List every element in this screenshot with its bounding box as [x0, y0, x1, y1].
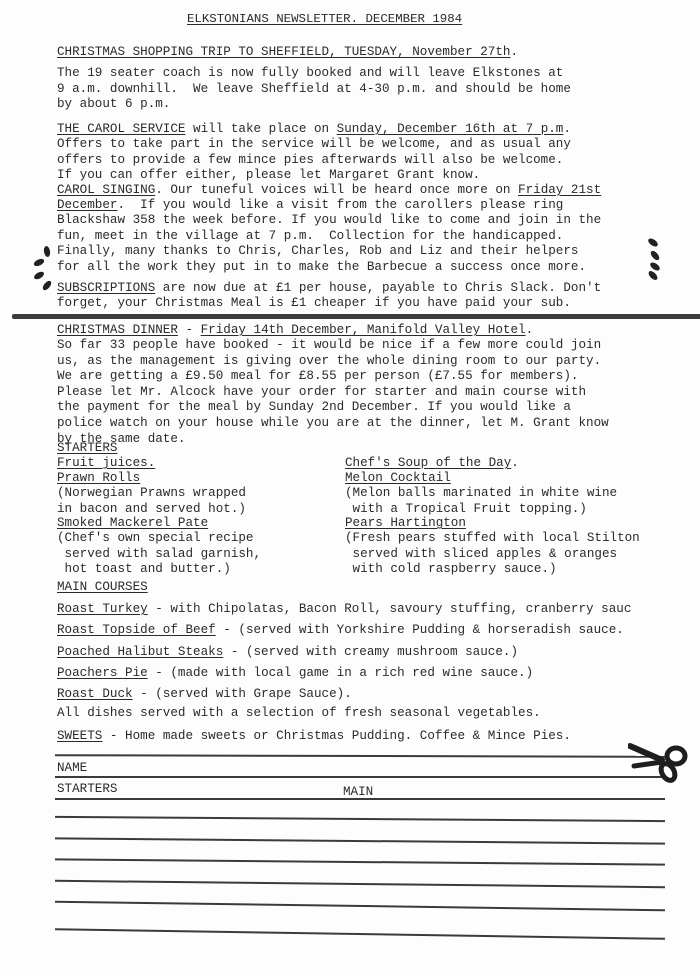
thanks-body: Finally, many thanks to Chris, Charles, …	[57, 244, 677, 275]
dinner-heading: CHRISTMAS DINNER	[57, 323, 178, 337]
form-line[interactable]	[55, 837, 665, 844]
subscriptions-heading: SUBSCRIPTIONS	[57, 281, 155, 295]
carol-service-date: Sunday, December 16th at 7 p.m	[337, 122, 564, 136]
main-course-item: Roast Duck - (served with Grape Sauce).	[57, 687, 352, 703]
dinner-details: Friday 14th December, Manifold Valley Ho…	[201, 323, 526, 337]
starter-item-desc: (Fresh pears stuffed with local Stilton …	[345, 531, 640, 578]
form-line[interactable]	[55, 880, 665, 888]
starter-item-name: Pears Hartington	[345, 516, 466, 532]
ornament-mark-icon	[33, 270, 46, 281]
carol-singing-heading: CAROL SINGING	[57, 183, 155, 197]
main-course-desc: - (served with Grape Sauce).	[133, 687, 352, 701]
carol-singing-line1: CAROL SINGING. Our tuneful voices will b…	[57, 183, 677, 199]
carol-service-end: .	[563, 122, 571, 136]
carol-singing-line2-rest: . If you would like a visit from the car…	[117, 198, 563, 212]
sweets-desc: - Home made sweets or Christmas Pudding.…	[102, 729, 571, 743]
starter-item-name: Smoked Mackerel Pate	[57, 516, 208, 532]
starter-name-text: Pears Hartington	[345, 516, 466, 530]
main-courses-heading: MAIN COURSES	[57, 580, 148, 596]
main-course-desc: - (served with creamy mushroom sauce.)	[223, 645, 518, 659]
form-starters-label: STARTERS	[57, 782, 117, 798]
section-divider	[12, 314, 700, 319]
vegetables-note: All dishes served with a selection of fr…	[57, 706, 541, 722]
main-course-item: Roast Turkey - with Chipolatas, Bacon Ro…	[57, 602, 631, 618]
carol-singing-date1: Friday 21st	[518, 183, 601, 197]
starter-name-text: Fruit juices.	[57, 456, 155, 470]
main-course-item: Poached Halibut Steaks - (served with cr…	[57, 645, 518, 661]
sweets-heading: SWEETS	[57, 729, 102, 743]
main-course-item: Roast Topside of Beef - (served with Yor…	[57, 623, 624, 639]
starter-item-desc: (Melon balls marinated in white wine wit…	[345, 486, 617, 517]
starter-item-desc: (Chef's own special recipe served with s…	[57, 531, 261, 578]
starter-item-desc: (Norwegian Prawns wrapped in bacon and s…	[57, 486, 246, 517]
ornament-mark-icon	[33, 257, 46, 267]
form-line[interactable]	[55, 901, 665, 911]
ornament-mark-icon	[41, 279, 53, 291]
main-course-desc: - (made with local game in a rich red wi…	[148, 666, 533, 680]
cut-line	[55, 754, 665, 757]
dinner-sep: -	[178, 323, 201, 337]
carol-service-line: THE CAROL SERVICE will take place on Sun…	[57, 122, 677, 138]
starter-item-name: Fruit juices.	[57, 456, 155, 472]
main-course-name: Roast Turkey	[57, 602, 148, 616]
subscriptions-line1-rest: are now due at £1 per house, payable to …	[155, 281, 601, 295]
carol-service-mid: will take place on	[185, 122, 336, 136]
subscriptions-line2: forget, your Christmas Meal is £1 cheape…	[57, 296, 677, 312]
main-course-desc: - (served with Yorkshire Pudding & horse…	[216, 623, 624, 637]
main-course-name: Poachers Pie	[57, 666, 148, 680]
carol-service-body: Offers to take part in the service will …	[57, 137, 677, 184]
shopping-heading-end: .	[510, 45, 518, 59]
main-course-desc: - with Chipolatas, Bacon Roll, savoury s…	[148, 602, 632, 616]
dinner-body: So far 33 people have booked - it would …	[57, 338, 677, 447]
shopping-heading-text: CHRISTMAS SHOPPING TRIP TO SHEFFIELD, TU…	[57, 45, 510, 59]
scissors-icon	[628, 742, 692, 786]
subscriptions-line1: SUBSCRIPTIONS are now due at £1 per hous…	[57, 281, 677, 297]
form-name-label: NAME	[57, 761, 87, 777]
dinner-heading-line: CHRISTMAS DINNER - Friday 14th December,…	[57, 323, 677, 339]
main-course-name: Poached Halibut Steaks	[57, 645, 223, 659]
starter-item-name: Prawn Rolls	[57, 471, 140, 487]
form-line[interactable]	[55, 816, 665, 822]
form-name-line[interactable]	[55, 776, 665, 778]
form-line[interactable]	[55, 928, 665, 939]
starter-name-text: Prawn Rolls	[57, 471, 140, 485]
carol-singing-date2: December	[57, 198, 117, 212]
starter-name-text: Chef's Soup of the Day	[345, 456, 511, 470]
starter-item-name: Chef's Soup of the Day.	[345, 456, 519, 472]
starter-name-end: .	[511, 456, 519, 470]
shopping-body: The 19 seater coach is now fully booked …	[57, 66, 677, 113]
ornament-mark-icon	[43, 246, 51, 258]
sweets-line: SWEETS - Home made sweets or Christmas P…	[57, 729, 571, 745]
form-line[interactable]	[55, 798, 665, 800]
starters-heading: STARTERS	[57, 441, 117, 457]
carol-service-heading: THE CAROL SERVICE	[57, 122, 185, 136]
carol-singing-body: Blackshaw 358 the week before. If you wo…	[57, 213, 677, 244]
carol-singing-line2: December. If you would like a visit from…	[57, 198, 677, 214]
starter-name-text: Melon Cocktail	[345, 471, 451, 485]
dinner-end: .	[526, 323, 534, 337]
main-course-name: Roast Duck	[57, 687, 133, 701]
shopping-heading: CHRISTMAS SHOPPING TRIP TO SHEFFIELD, TU…	[57, 45, 677, 61]
main-course-item: Poachers Pie - (made with local game in …	[57, 666, 533, 682]
form-line[interactable]	[55, 858, 665, 865]
starter-item-name: Melon Cocktail	[345, 471, 451, 487]
carol-singing-mid: . Our tuneful voices will be heard once …	[155, 183, 518, 197]
starter-name-text: Smoked Mackerel Pate	[57, 516, 208, 530]
newsletter-title: ELKSTONIANS NEWSLETTER. DECEMBER 1984	[187, 12, 462, 28]
main-course-name: Roast Topside of Beef	[57, 623, 216, 637]
